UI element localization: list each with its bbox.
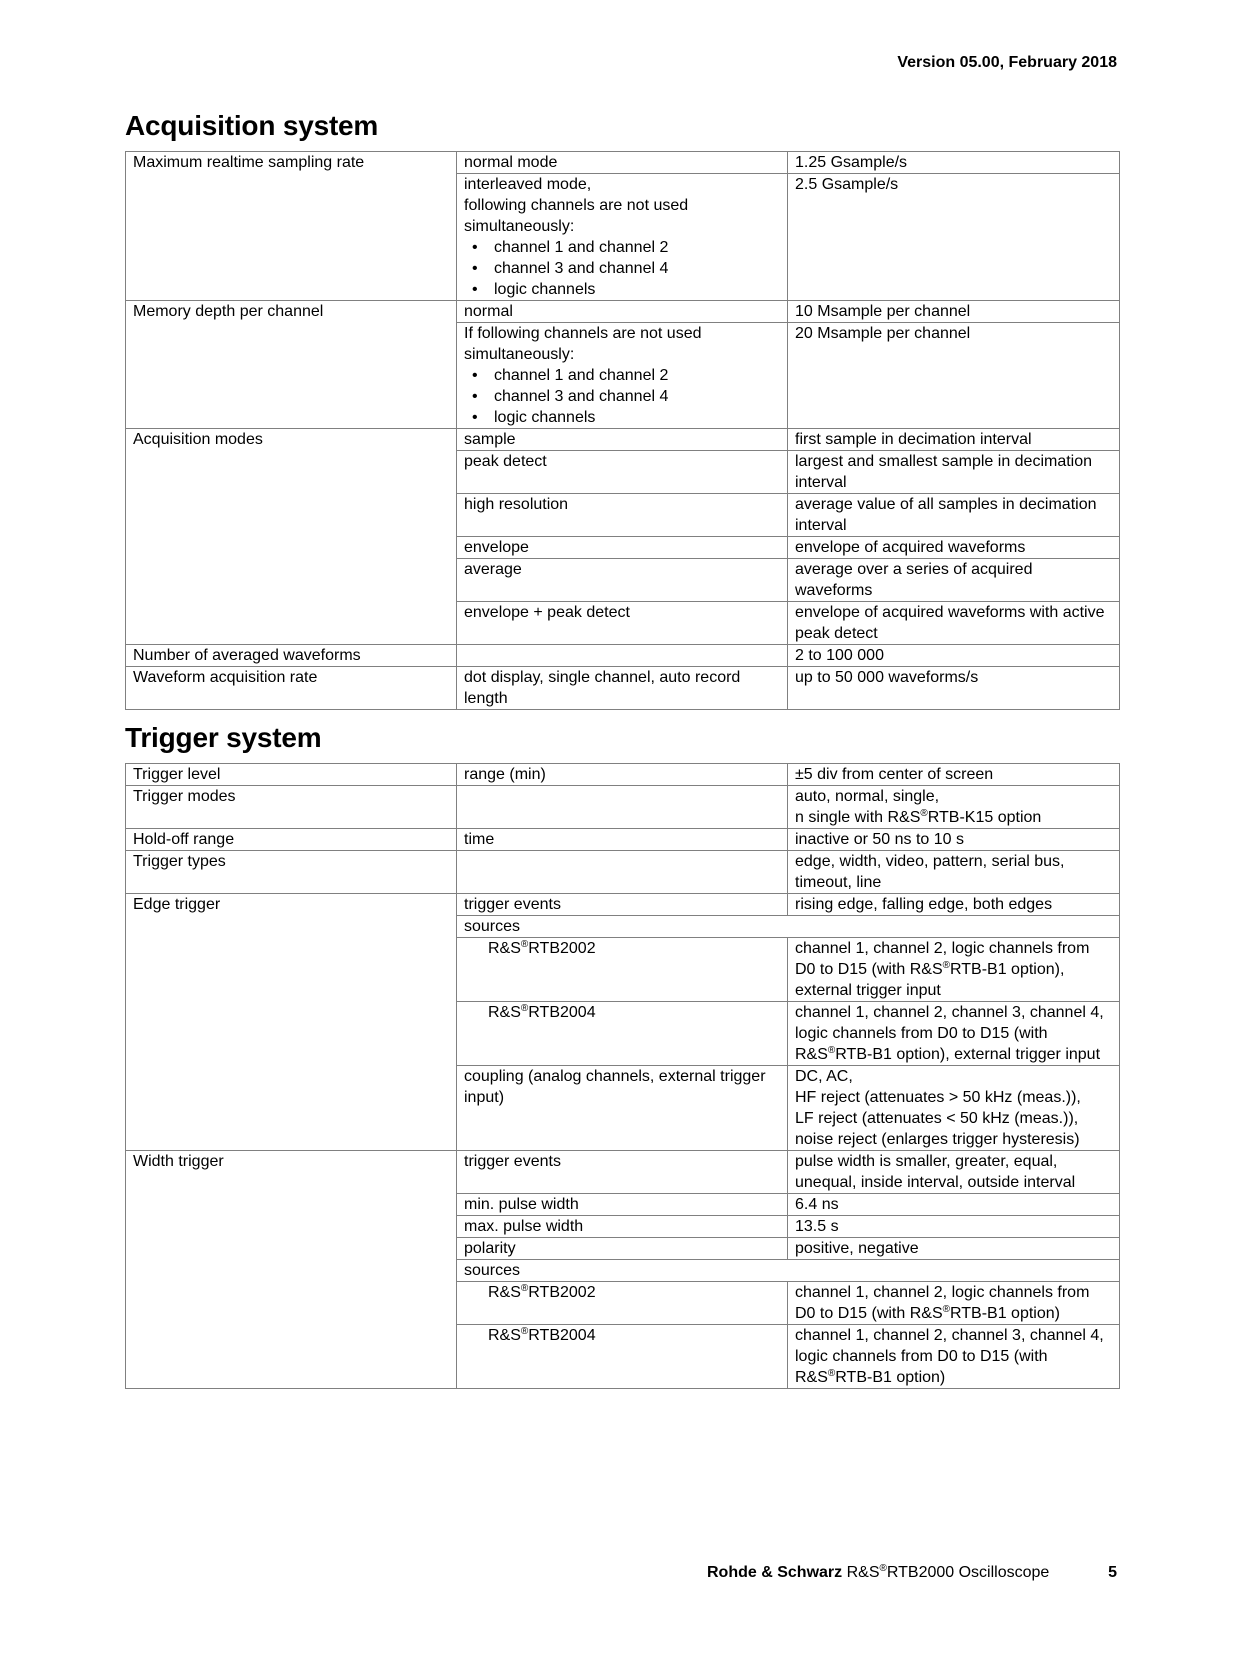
table-row: Trigger level range (min) ±5 div from ce… [126,764,1120,786]
spec-condition: peak detect [457,451,788,494]
spec-condition [457,851,788,894]
registered-mark: ® [943,960,950,971]
text: R&S [488,940,521,957]
spec-condition: interleaved mode, following channels are… [457,174,788,301]
spec-value: channel 1, channel 2, logic channels fro… [788,938,1120,1002]
spec-value: average over a series of acquired wavefo… [788,559,1120,602]
registered-mark: ® [879,1563,886,1574]
spec-condition: sources [457,916,1120,938]
spec-value: largest and smallest sample in decimatio… [788,451,1120,494]
spec-value: channel 1, channel 2, channel 3, channel… [788,1325,1120,1389]
spec-value: first sample in decimation interval [788,429,1120,451]
text: n single with R&S [795,809,920,826]
spec-label: Trigger level [126,764,457,786]
list-item: channel 1 and channel 2 [494,237,780,258]
text: RTB-B1 option), external trigger input [835,1046,1100,1063]
registered-mark: ® [943,1304,950,1315]
section-title-acquisition: Acquisition system [125,110,378,142]
spec-condition: coupling (analog channels, external trig… [457,1066,788,1151]
list-item: channel 3 and channel 4 [494,258,780,279]
spec-condition: min. pulse width [457,1194,788,1216]
spec-condition: trigger events [457,1151,788,1194]
table-row: Trigger types edge, width, video, patter… [126,851,1120,894]
spec-label: Waveform acquisition rate [126,667,457,710]
list-item: logic channels [494,279,780,300]
list-item: logic channels [494,407,780,428]
condition-text: following channels are not used simultan… [464,195,780,237]
spec-label: Memory depth per channel [126,301,457,429]
spec-value: 20 Msample per channel [788,323,1120,429]
table-row: Hold-off range time inactive or 50 ns to… [126,829,1120,851]
spec-condition: R&S®RTB2004 [457,1002,788,1066]
spec-condition: average [457,559,788,602]
spec-condition: max. pulse width [457,1216,788,1238]
footer-product: R&S [842,1564,879,1581]
spec-condition: normal [457,301,788,323]
model-name: R&S®RTB2002 [464,938,596,959]
spec-value: DC, AC, HF reject (attenuates > 50 kHz (… [788,1066,1120,1151]
spec-condition [457,786,788,829]
page-number: 5 [1108,1564,1117,1582]
text: RTB2002 [528,940,595,957]
spec-condition: high resolution [457,494,788,537]
spec-value: edge, width, video, pattern, serial bus,… [788,851,1120,894]
table-row: Waveform acquisition rate dot display, s… [126,667,1120,710]
table-row: Acquisition modes sample first sample in… [126,429,1120,451]
spec-value: average value of all samples in decimati… [788,494,1120,537]
value-line: noise reject (enlarges trigger hysteresi… [795,1129,1112,1150]
value-line: DC, AC, [795,1066,1112,1087]
section-title-trigger: Trigger system [125,722,321,754]
spec-condition: envelope [457,537,788,559]
spec-label: Trigger modes [126,786,457,829]
spec-label: Edge trigger [126,894,457,1151]
spec-condition: polarity [457,1238,788,1260]
condition-text: interleaved mode, [464,174,780,195]
spec-value: 2 to 100 000 [788,645,1120,667]
spec-condition: range (min) [457,764,788,786]
spec-label: Acquisition modes [126,429,457,645]
spec-value: 10 Msample per channel [788,301,1120,323]
text: R&S [488,1004,521,1021]
spec-condition: R&S®RTB2004 [457,1325,788,1389]
condition-text: If following channels are not used simul… [464,323,780,365]
value-line: HF reject (attenuates > 50 kHz (meas.)), [795,1087,1112,1108]
spec-condition: R&S®RTB2002 [457,938,788,1002]
list-item: channel 1 and channel 2 [494,365,780,386]
spec-value: ±5 div from center of screen [788,764,1120,786]
document-version: Version 05.00, February 2018 [897,54,1117,72]
spec-condition: dot display, single channel, auto record… [457,667,788,710]
spec-value: pulse width is smaller, greater, equal, … [788,1151,1120,1194]
table-row: Maximum realtime sampling rate normal mo… [126,152,1120,174]
bullet-list: channel 1 and channel 2 channel 3 and ch… [464,365,780,428]
spec-label: Maximum realtime sampling rate [126,152,457,301]
spec-condition: time [457,829,788,851]
text: RTB2004 [528,1327,595,1344]
table-row: Memory depth per channel normal 10 Msamp… [126,301,1120,323]
value-line: LF reject (attenuates < 50 kHz (meas.)), [795,1108,1112,1129]
spec-label: Trigger types [126,851,457,894]
value-line: auto, normal, single, [795,786,1112,807]
model-name: R&S®RTB2004 [464,1325,596,1346]
acquisition-spec-table: Maximum realtime sampling rate normal mo… [125,151,1120,710]
spec-value: 1.25 Gsample/s [788,152,1120,174]
spec-condition: If following channels are not used simul… [457,323,788,429]
spec-label: Number of averaged waveforms [126,645,457,667]
text: R&S [488,1327,521,1344]
model-name: R&S®RTB2002 [464,1282,596,1303]
spec-value: positive, negative [788,1238,1120,1260]
spec-label: Width trigger [126,1151,457,1389]
spec-value: 6.4 ns [788,1194,1120,1216]
spec-condition [457,645,788,667]
text: RTB2002 [528,1284,595,1301]
spec-condition: sources [457,1260,1120,1282]
spec-condition: envelope + peak detect [457,602,788,645]
spec-value: channel 1, channel 2, logic channels fro… [788,1282,1120,1325]
table-row: Width trigger trigger events pulse width… [126,1151,1120,1194]
spec-label: Hold-off range [126,829,457,851]
trigger-spec-table: Trigger level range (min) ±5 div from ce… [125,763,1120,1389]
spec-value: channel 1, channel 2, channel 3, channel… [788,1002,1120,1066]
spec-value: 13.5 s [788,1216,1120,1238]
text: R&S [488,1284,521,1301]
list-item: channel 3 and channel 4 [494,386,780,407]
text: RTB-K15 option [928,809,1042,826]
value-line: n single with R&S®RTB-K15 option [795,807,1112,828]
spec-condition: trigger events [457,894,788,916]
spec-value: auto, normal, single, n single with R&S®… [788,786,1120,829]
table-row: Edge trigger trigger events rising edge,… [126,894,1120,916]
footer-product: RTB2000 Oscilloscope [887,1564,1049,1581]
spec-value: envelope of acquired waveforms [788,537,1120,559]
model-name: R&S®RTB2004 [464,1002,596,1023]
spec-condition: normal mode [457,152,788,174]
spec-value: inactive or 50 ns to 10 s [788,829,1120,851]
spec-value: envelope of acquired waveforms with acti… [788,602,1120,645]
page-footer: Rohde & Schwarz R&S®RTB2000 Oscilloscope [707,1564,1049,1582]
spec-value: up to 50 000 waveforms/s [788,667,1120,710]
registered-mark: ® [920,808,927,819]
text: RTB-B1 option) [835,1369,945,1386]
spec-value: rising edge, falling edge, both edges [788,894,1120,916]
table-row: Trigger modes auto, normal, single, n si… [126,786,1120,829]
table-row: Number of averaged waveforms 2 to 100 00… [126,645,1120,667]
text: RTB2004 [528,1004,595,1021]
footer-company: Rohde & Schwarz [707,1564,842,1581]
spec-condition: R&S®RTB2002 [457,1282,788,1325]
spec-value: 2.5 Gsample/s [788,174,1120,301]
text: RTB-B1 option) [950,1305,1060,1322]
bullet-list: channel 1 and channel 2 channel 3 and ch… [464,237,780,300]
spec-condition: sample [457,429,788,451]
